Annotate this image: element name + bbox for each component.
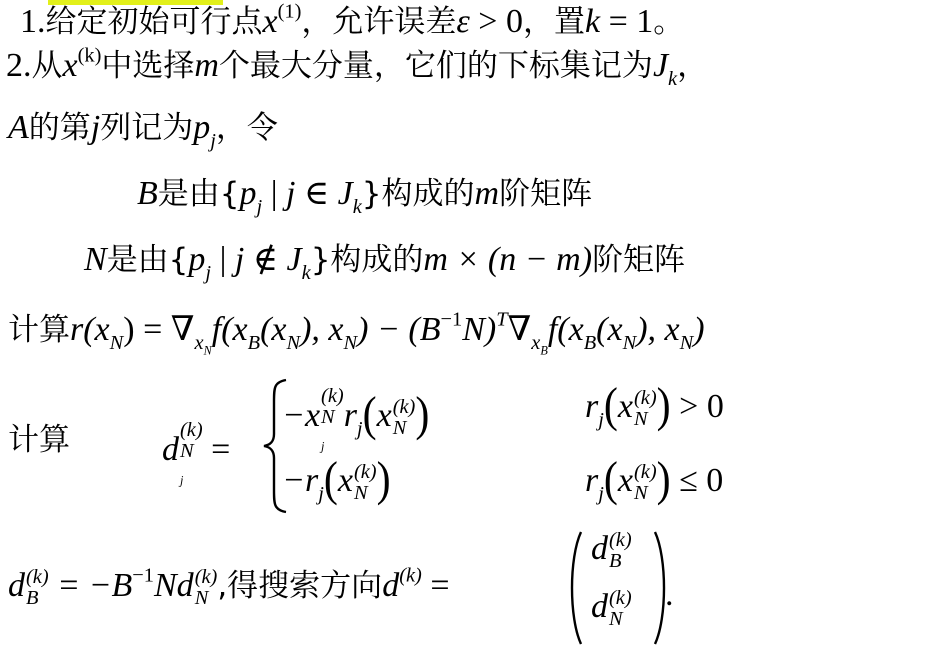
subscript: B: [540, 344, 547, 358]
bar: |: [211, 241, 235, 278]
superscript: (k): [26, 567, 49, 588]
var-d: d: [8, 567, 25, 604]
var-J: J: [287, 241, 302, 278]
expr: Nd: [154, 567, 194, 604]
superscript: (k): [195, 567, 218, 588]
subscript: N: [623, 332, 637, 354]
step-text: 阶矩阵: [499, 176, 592, 212]
expr: f(x: [212, 311, 248, 348]
step-number: 1.: [20, 3, 46, 40]
subscript: B: [609, 551, 632, 572]
subscript: N: [634, 483, 657, 504]
B-definition-line: B是由{pj | j ∈ Jk}构成的m阶矩阵: [137, 174, 592, 214]
subscript: B: [248, 332, 260, 354]
vector-top-entry: d(k)B: [591, 530, 632, 573]
step-text: 从: [32, 48, 63, 84]
punct: 。: [653, 4, 684, 40]
var-m: m: [194, 47, 219, 84]
step-text: 给定初始可行点: [46, 4, 263, 40]
subscript: N: [321, 407, 344, 428]
expr: r(x: [70, 311, 110, 348]
var-B: B: [137, 175, 158, 212]
var-A: A: [8, 109, 29, 146]
subscript: N: [344, 332, 358, 354]
expr: ), x: [300, 311, 343, 348]
step-text: 列记为: [100, 110, 193, 146]
bar: |: [262, 175, 286, 212]
subscript: N: [180, 441, 203, 462]
dN-lhs: d(k)Nj =: [162, 420, 230, 484]
direction-vector: d(k)B d(k)N .: [567, 528, 667, 648]
step-2-line: 2.从x(k)中选择m个最大分量，它们的下标集记为Jk，: [6, 46, 708, 86]
case-2-condition: rj(x(k)N) ≤ 0: [585, 460, 723, 505]
var-j: j: [235, 241, 244, 278]
var-r: r: [585, 462, 598, 499]
expr: −x: [282, 397, 320, 434]
relation: ≤ 0: [671, 462, 724, 499]
step-text: }构成的: [362, 176, 475, 212]
compute-label: 计算: [8, 422, 70, 458]
step-text: 中选择: [101, 48, 194, 84]
subscript: N: [609, 609, 632, 630]
superscript: (k): [180, 420, 203, 441]
var-x: x: [263, 3, 278, 40]
step-text: 阶矩阵: [592, 242, 685, 278]
subscript: N: [393, 418, 416, 439]
subscript: j: [180, 473, 183, 487]
subscript: k: [302, 262, 311, 284]
step-number: 2.: [6, 47, 32, 84]
superscript: (k): [609, 530, 632, 551]
punct: ，: [677, 48, 708, 84]
step-text: 是由{: [158, 176, 240, 212]
subscript: N: [204, 344, 212, 358]
dB-definition-line: d(k)B = −B−1Nd(k)N,得搜索方向d(k) =: [8, 566, 450, 610]
expr: −r: [282, 462, 318, 499]
equals: =: [422, 567, 450, 604]
step-text: ，令: [216, 110, 278, 146]
relation: > 0: [470, 3, 523, 40]
relation: ∉: [244, 241, 286, 278]
expr: f(x: [548, 311, 584, 348]
var-j: j: [91, 109, 100, 146]
case-1-condition: rj(x(k)N) > 0: [585, 386, 724, 431]
var-d: d: [162, 431, 179, 468]
subscript: k: [353, 196, 362, 218]
step-text: }构成的: [311, 242, 424, 278]
superscript: −1: [441, 309, 463, 331]
superscript: T: [496, 309, 507, 331]
superscript: (1): [278, 1, 302, 23]
step-1-line: 1.给定初始可行点x(1)，允许误差ε > 0，置k = 1。: [20, 2, 684, 42]
superscript: −1: [132, 565, 154, 587]
expr: ), x: [636, 311, 679, 348]
vector-bottom-entry: d(k)N: [591, 588, 632, 631]
case-2-expr: −rj(x(k)N): [282, 460, 391, 505]
var-N: N: [84, 241, 107, 278]
superscript: (k): [634, 388, 657, 409]
superscript: (k): [399, 565, 422, 587]
subscript: k: [668, 68, 677, 90]
var-x: x: [377, 397, 392, 434]
step-text: 是由{: [107, 242, 189, 278]
step-text: 个最大分量，它们的下标集记为: [219, 48, 653, 84]
expr: ) − (B: [357, 311, 440, 348]
expr: (x: [596, 311, 622, 348]
expr: ): [693, 311, 704, 348]
subscript: N: [195, 588, 218, 609]
var-r: r: [344, 397, 357, 434]
equals: =: [211, 431, 230, 468]
var-r: r: [585, 388, 598, 425]
period: .: [665, 576, 674, 614]
subscript: B: [26, 588, 49, 609]
var-x: x: [338, 462, 353, 499]
dimensions: m × (n − m): [423, 241, 592, 278]
compute-label: 计算: [8, 312, 70, 348]
var-x: x: [618, 462, 633, 499]
subscript: N: [634, 409, 657, 430]
var-d: d: [382, 567, 399, 604]
subscript: N: [110, 332, 124, 354]
expr: ) = ∇: [123, 311, 194, 348]
dN-label: 计算: [8, 420, 70, 460]
var-m: m: [475, 175, 500, 212]
case-1-expr: −x(k)Njrj(x(k)N): [282, 386, 429, 450]
relation: ∈: [295, 175, 337, 212]
step-text: ，允许误差: [301, 4, 456, 40]
superscript: (k): [609, 588, 632, 609]
subscript: x: [195, 332, 204, 354]
step-text: 的第: [29, 110, 91, 146]
subscript: B: [584, 332, 596, 354]
N-definition-line: N是由{pj | j ∉ Jk}构成的m × (n − m)阶矩阵: [84, 240, 685, 280]
superscript: (k): [321, 386, 344, 407]
var-k: k: [585, 3, 600, 40]
var-p: p: [193, 109, 210, 146]
expr: = −B: [49, 567, 133, 604]
subscript: N: [354, 483, 377, 504]
subscript: j: [321, 439, 324, 453]
relation: > 0: [671, 388, 724, 425]
expr: N): [462, 311, 496, 348]
subscript: N: [287, 332, 301, 354]
var-x: x: [63, 47, 78, 84]
superscript: (k): [78, 45, 102, 67]
superscript: (k): [634, 462, 657, 483]
var-J: J: [338, 175, 353, 212]
step-text: ，置: [523, 4, 585, 40]
column-def-line: A的第j列记为pj，令: [8, 108, 278, 148]
nabla: ∇: [508, 311, 532, 348]
subscript: N: [680, 332, 694, 354]
reduced-gradient-line: 计算r(xN) = ∇xNf(xB(xN), xN) − (B−1N)T∇xBf…: [8, 310, 705, 351]
var-J: J: [653, 47, 668, 84]
var-p: p: [240, 175, 257, 212]
var-p: p: [188, 241, 205, 278]
superscript: (k): [354, 462, 377, 483]
step-text: ,得搜索方向: [217, 568, 382, 604]
relation: = 1: [600, 3, 653, 40]
var-epsilon: ε: [456, 3, 469, 40]
subscript: x: [531, 332, 540, 354]
expr: (x: [260, 311, 286, 348]
var-x: x: [618, 388, 633, 425]
superscript: (k): [393, 397, 416, 418]
